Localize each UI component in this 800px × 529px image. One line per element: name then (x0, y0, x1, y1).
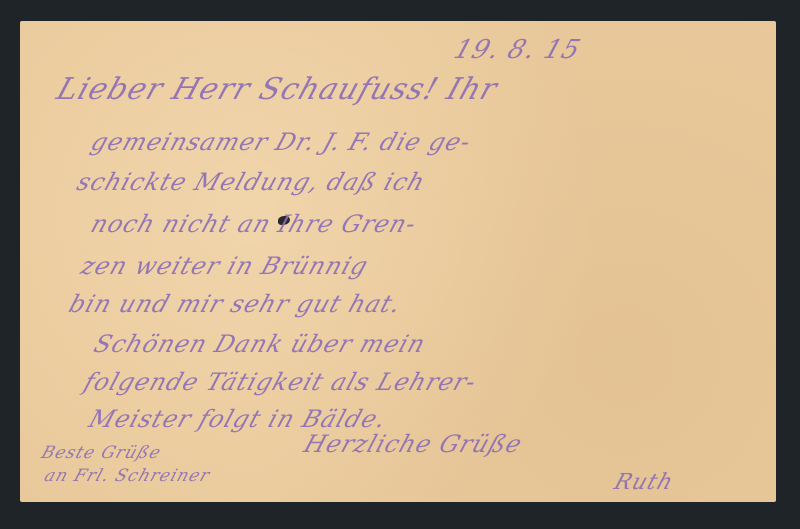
date-text: 19. 8. 15 (450, 35, 585, 65)
text-line: bin und mir sehr gut hat. (65, 290, 405, 318)
closing-line: Herzliche Grüße (300, 430, 526, 458)
margin-note-line: Beste Grüße (39, 443, 164, 463)
text-line: schickte Meldung, daß ich (73, 168, 429, 196)
text-line: folgende Tätigkeit als Lehrer- (80, 368, 480, 396)
text-line: Schönen Dank über mein (90, 330, 429, 358)
text-line: noch nicht an Ihre Gren- (87, 210, 420, 238)
text-line: gemeinsamer Dr. J. F. die ge- (87, 128, 475, 156)
text-line: zen weiter in Brünnig (77, 252, 372, 280)
signature: Ruth (611, 470, 677, 495)
text-line: Meister folgt in Bälde. (85, 405, 390, 433)
salutation-line: Lieber Herr Schaufuss! Ihr (52, 72, 502, 107)
margin-note-line: an Frl. Schreiner (42, 466, 213, 486)
